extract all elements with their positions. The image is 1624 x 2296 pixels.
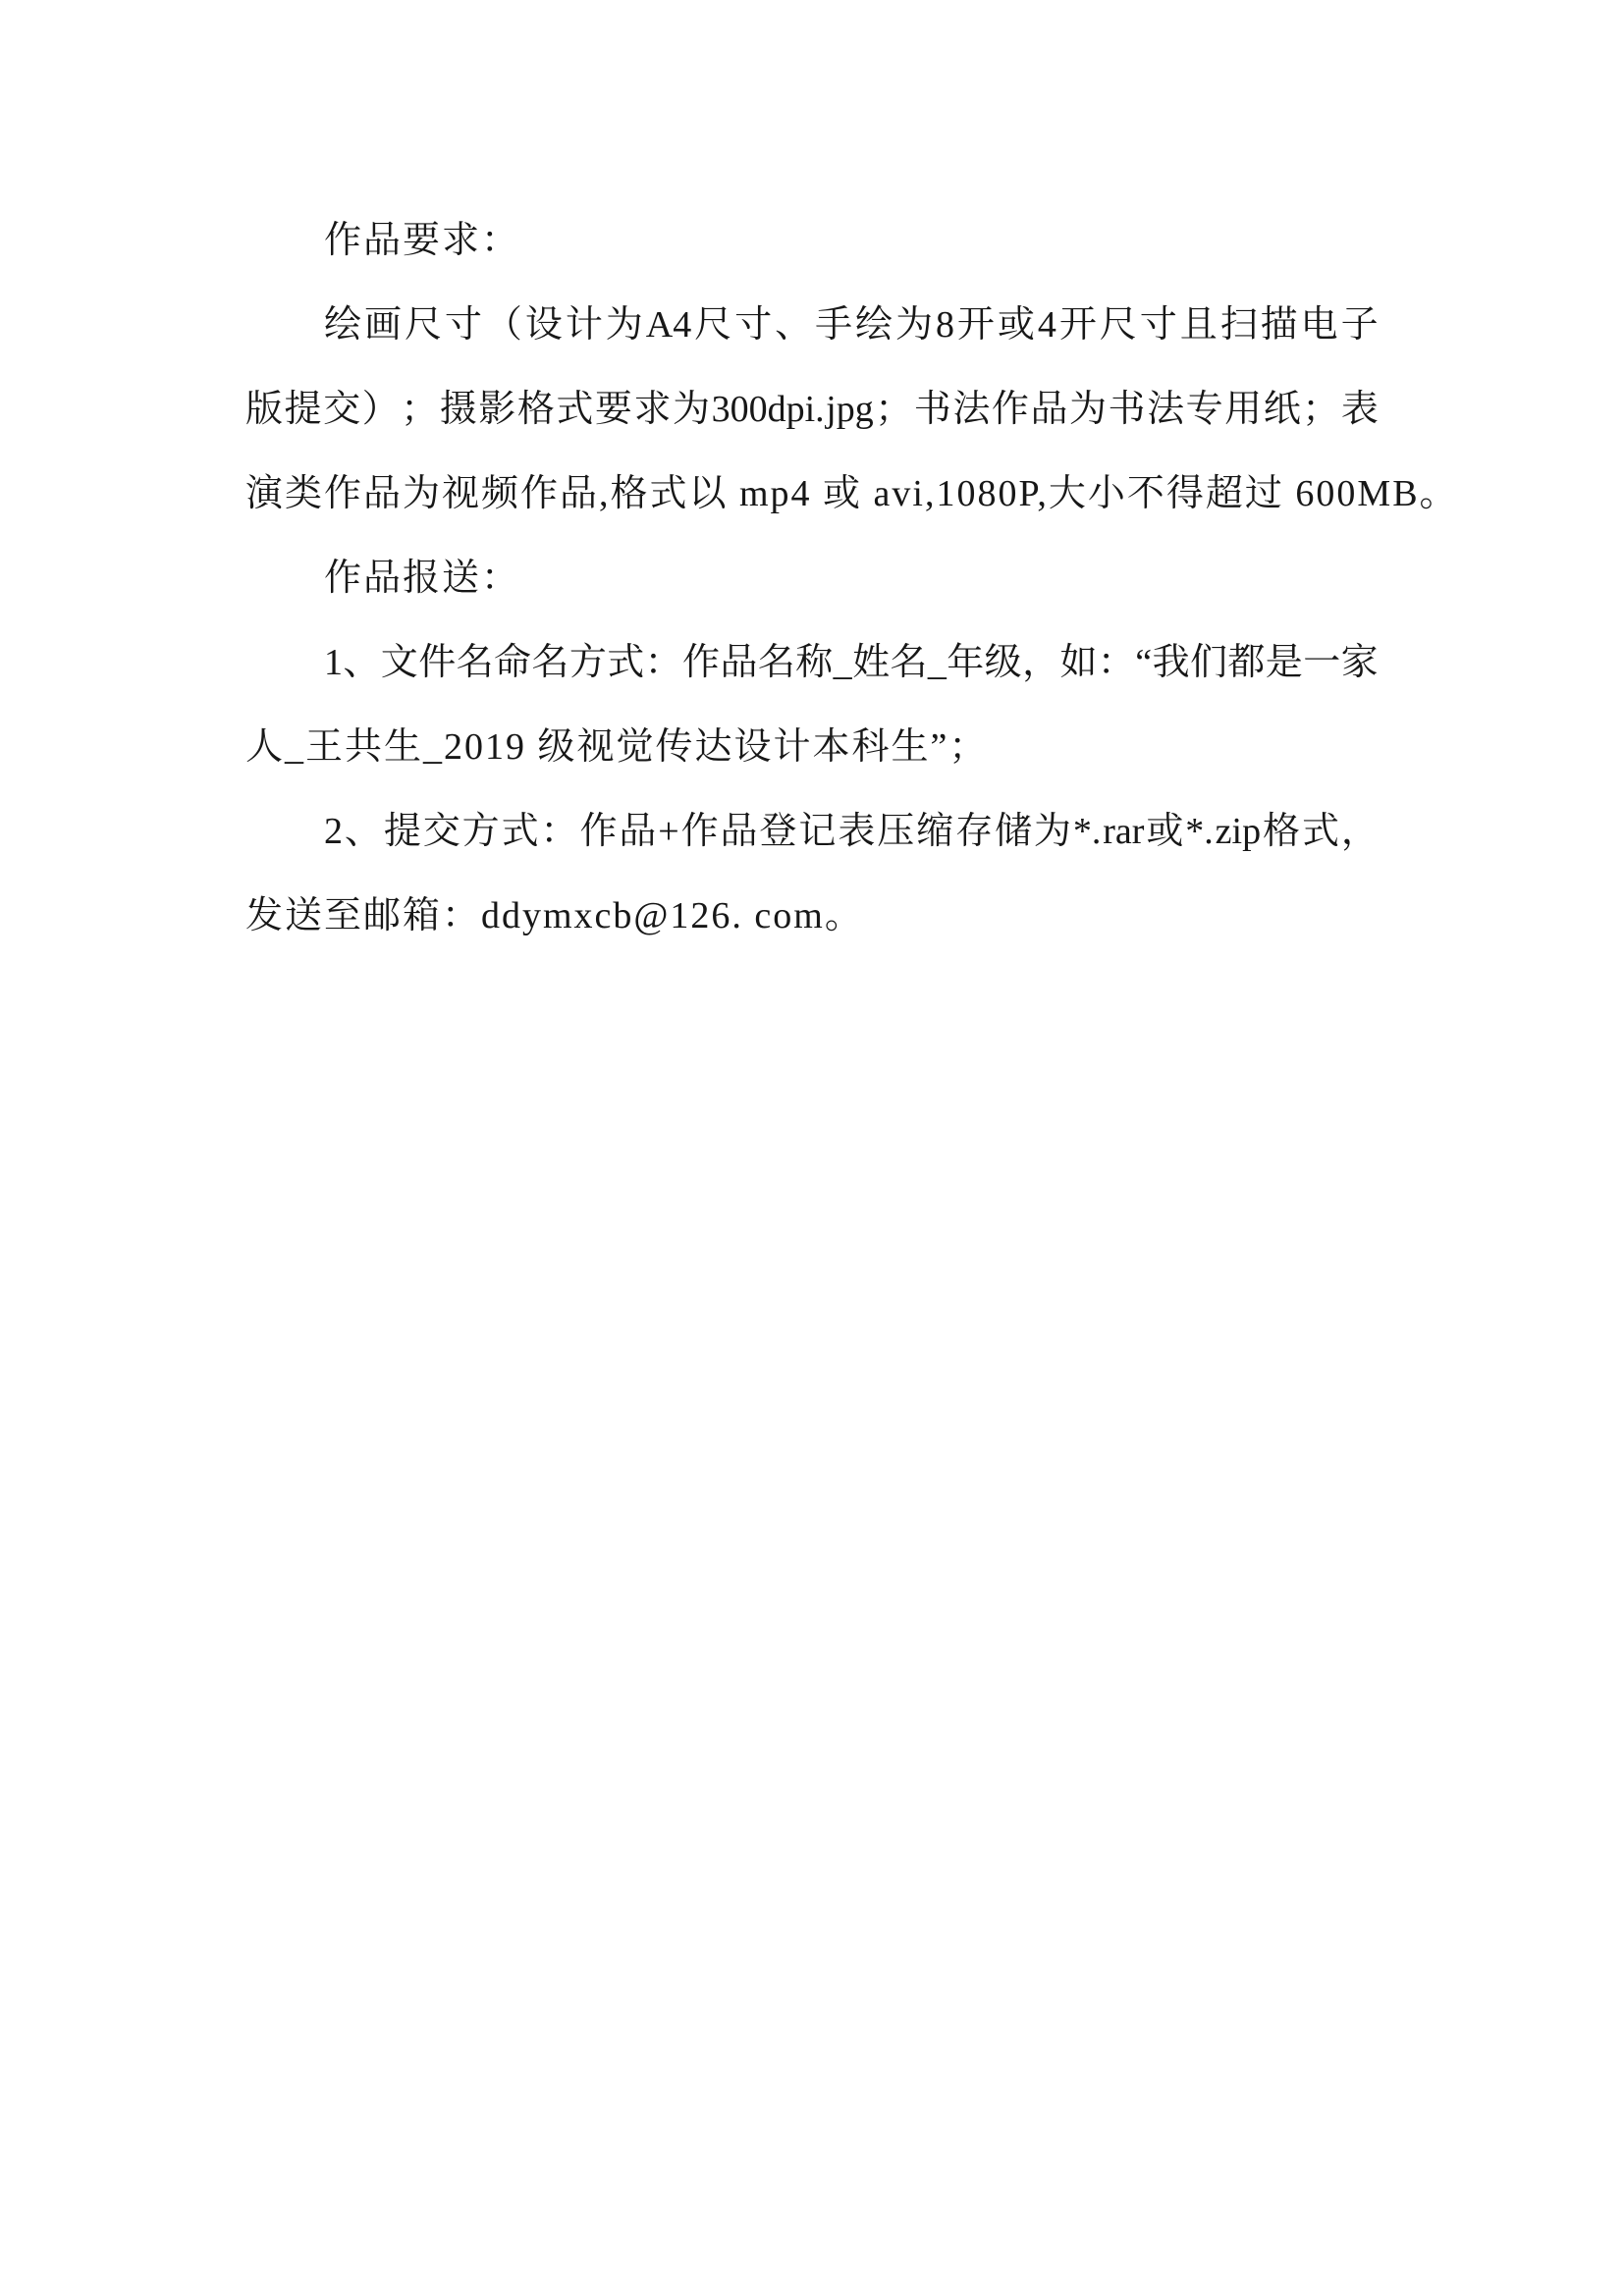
- document-line: 版提交）；摄影格式要求为300dpi.jpg；书法作品为书法专用纸；表: [245, 367, 1379, 452]
- document-line: 人_王共生_2019 级视觉传达设计本科生”；: [245, 705, 1379, 789]
- document-line: 2、提交方式：作品+作品登记表压缩存储为*.rar或*.zip格式，: [245, 789, 1379, 874]
- document-line: 发送至邮箱：ddymxcb@126. com。: [245, 874, 1379, 958]
- document-line: 作品要求：: [245, 198, 1379, 283]
- document-line: 演类作品为视频作品,格式以 mp4 或 avi,1080P,大小不得超过 600…: [245, 452, 1379, 536]
- document-line: 1、文件名命名方式：作品名称_姓名_年级，如：“我们都是一家: [245, 620, 1379, 705]
- document-page: 作品要求： 绘画尺寸（设计为A4尺寸、手绘为8开或4开尺寸且扫描电子 版提交）；…: [0, 0, 1624, 2296]
- document-line: 绘画尺寸（设计为A4尺寸、手绘为8开或4开尺寸且扫描电子: [245, 283, 1379, 367]
- document-line: 作品报送：: [245, 536, 1379, 620]
